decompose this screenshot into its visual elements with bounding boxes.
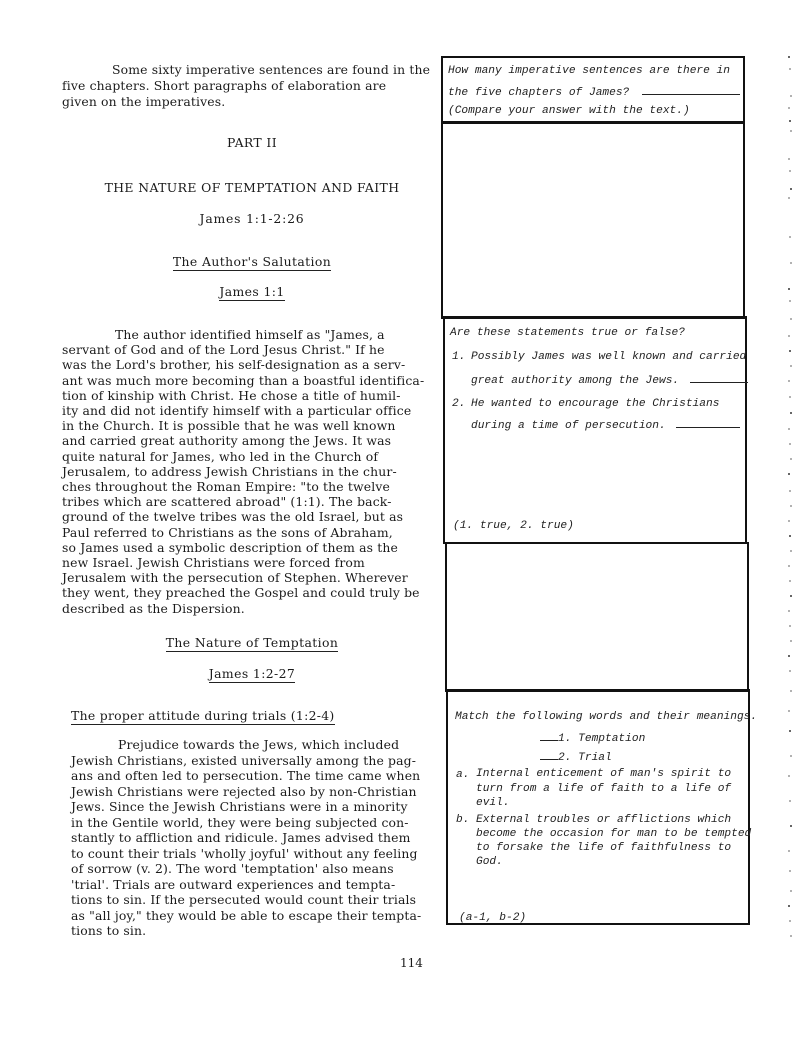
paragraph-line: Jews. Since the Jewish Christians were i… [71, 799, 408, 814]
speck [789, 350, 791, 352]
paragraph-line: tribes which are scattered abroad" (1:1)… [62, 494, 392, 509]
subsection-reference: James 1:1 [62, 284, 442, 299]
intro-line: Some sixty imperative sentences are foun… [112, 62, 430, 77]
paragraph-line: and carried great authority among the Je… [62, 433, 391, 448]
answer-blank[interactable] [676, 417, 740, 428]
speck [790, 550, 792, 552]
speck [790, 262, 792, 264]
speck [788, 850, 790, 852]
speck [790, 365, 792, 367]
subsection-title-text: The Nature of Temptation [166, 635, 339, 652]
paragraph-line: Jewish Christians, existed universally a… [71, 753, 416, 768]
speck [790, 640, 792, 642]
speck [789, 670, 791, 672]
speck [789, 170, 791, 172]
definition-line: God. [476, 855, 503, 869]
speck [789, 870, 791, 872]
tf-item-number: 2. [452, 397, 465, 411]
tf-item-line: during a time of persecution. [471, 417, 740, 433]
paragraph-line: tions to sin. [71, 923, 146, 938]
speck [790, 595, 792, 597]
paragraph-line: ans and often led to persecution. The ti… [71, 768, 420, 783]
answer-blank[interactable] [642, 84, 740, 95]
speck [790, 412, 792, 414]
paragraph-line: ches throughout the Roman Empire: "to th… [62, 479, 390, 494]
speck [790, 890, 792, 892]
speck [789, 580, 791, 582]
section-title: THE NATURE OF TEMPTATION AND FAITH [62, 180, 442, 195]
speck [790, 130, 792, 132]
definition-line: evil. [476, 796, 510, 810]
speck [788, 107, 790, 109]
paragraph-line: as "all joy," they would be able to esca… [71, 908, 421, 923]
frame-empty [445, 542, 749, 692]
speck [788, 288, 790, 290]
frame1-line: (Compare your answer with the text.) [448, 104, 690, 118]
subsection-title: The Author's Salutation [62, 254, 442, 269]
speck [789, 236, 791, 238]
paragraph-line: in the Church. It is possible that he wa… [62, 418, 396, 433]
paragraph-line: ground of the twelve tribes was the old … [62, 509, 403, 524]
paragraph-line: in the Gentile world, they were being su… [71, 815, 409, 830]
paragraph-line: so James used a symbolic description of … [62, 540, 398, 555]
speck [788, 473, 790, 475]
paragraph-line: tions to sin. If the persecuted would co… [71, 892, 416, 907]
speck [790, 755, 792, 757]
intro-line: given on the imperatives. [62, 94, 225, 109]
definition-letter: b. [456, 813, 469, 827]
tf-item-line: great authority among the Jews. [471, 372, 748, 388]
definition-line: turn from a life of faith to a life of [476, 782, 731, 796]
speck [788, 710, 790, 712]
speck [788, 520, 790, 522]
answer-blank[interactable] [540, 729, 558, 741]
answer-blank[interactable] [540, 748, 558, 760]
paragraph-line: Jerusalem with the persecution of Stephe… [62, 570, 408, 585]
speck [789, 730, 791, 732]
topic-heading: The proper attitude during trials (1:2-4… [71, 708, 335, 723]
paragraph-line: stantly to affliction and ridicule. Jame… [71, 830, 411, 845]
paragraph-line: ant was much more becoming than a boastf… [62, 373, 424, 388]
paragraph-line: they went, they preached the Gospel and … [62, 585, 420, 600]
speck [789, 625, 791, 627]
definition-line: to forsake the life of faithfulness to [476, 841, 731, 855]
paragraph-line: servant of God and of the Lord Jesus Chr… [62, 342, 385, 357]
speck [788, 905, 790, 907]
speck [789, 535, 791, 537]
definition-line: Internal enticement of man's spirit to [476, 768, 731, 782]
answer-blank[interactable] [690, 372, 748, 383]
paragraph-line: Jerusalem, to address Jewish Christians … [62, 464, 397, 479]
match-term: 2. Trial [540, 748, 612, 765]
frame-empty [441, 121, 745, 319]
paragraph-line: tion of kinship with Christ. He chose a … [62, 388, 401, 403]
speck [790, 188, 792, 190]
section-reference: James 1:1-2:26 [62, 211, 442, 226]
speck [788, 565, 790, 567]
speck [790, 458, 792, 460]
paragraph-line: of sorrow (v. 2). The word 'temptation' … [71, 861, 394, 876]
topic-heading-text: The proper attitude during trials (1:2-4… [71, 708, 335, 725]
speck [789, 490, 791, 492]
speck [788, 56, 790, 58]
paragraph-line: 'trial'. Trials are outward experiences … [71, 877, 395, 892]
tf-item-line: He wanted to encourage the Christians [471, 397, 719, 411]
speck [788, 775, 790, 777]
subsection-title-text: The Author's Salutation [173, 254, 331, 271]
speck [789, 396, 791, 398]
speck [789, 920, 791, 922]
match-answer-key: (a-1, b-2) [459, 911, 526, 925]
paragraph-line: to count their trials 'wholly joyful' wi… [71, 846, 418, 861]
match-term: 1. Temptation [540, 729, 645, 746]
tf-item-number: 1. [452, 350, 465, 364]
intro-line: five chapters. Short paragraphs of elabo… [62, 78, 386, 93]
paragraph-line: ity and did not identify himself with a … [62, 403, 411, 418]
tf-item-line: Possibly James was well known and carrie… [471, 350, 746, 364]
paragraph-line: was the Lord's brother, his self-designa… [62, 357, 405, 372]
speck [790, 505, 792, 507]
speck [789, 300, 791, 302]
speck [790, 95, 792, 97]
paragraph-line: Prejudice towards the Jews, which includ… [118, 737, 399, 752]
page-number: 114 [400, 956, 423, 970]
speck [788, 655, 790, 657]
speck [790, 935, 792, 937]
subsection-reference-text: James 1:1 [219, 284, 284, 301]
part-heading: PART II [62, 135, 442, 150]
speck [790, 318, 792, 320]
paragraph-line: quite natural for James, who led in the … [62, 449, 378, 464]
tf-answer-key: (1. true, 2. true) [453, 519, 574, 533]
speck [790, 690, 792, 692]
paragraph-line: Jewish Christians were rejected also by … [71, 784, 417, 799]
speck [789, 443, 791, 445]
subsection-reference-text: James 1:2-27 [209, 666, 295, 683]
speck [788, 335, 790, 337]
frame1-line: How many imperative sentences are there … [448, 64, 730, 78]
speck [788, 197, 790, 199]
match-prompt: Match the following words and their mean… [455, 710, 757, 724]
paragraph-line: Paul referred to Christians as the sons … [62, 525, 393, 540]
definition-line: External troubles or afflictions which [476, 813, 731, 827]
speck [788, 428, 790, 430]
definition-line: become the occasion for man to be tempte… [476, 827, 751, 841]
definition-letter: a. [456, 768, 469, 782]
frame1-line: the five chapters of James? [448, 84, 740, 100]
paragraph-line: described as the Dispersion. [62, 601, 245, 616]
subsection-title: The Nature of Temptation [62, 635, 442, 650]
speck [788, 158, 790, 160]
paragraph-line: The author identified himself as "James,… [115, 327, 385, 342]
paragraph-line: new Israel. Jewish Christians were force… [62, 555, 365, 570]
speck [789, 68, 791, 70]
speck [788, 380, 790, 382]
speck [789, 800, 791, 802]
tf-prompt: Are these statements true or false? [450, 326, 685, 340]
speck [790, 825, 792, 827]
speck [789, 120, 791, 122]
speck [788, 610, 790, 612]
subsection-reference: James 1:2-27 [62, 666, 442, 681]
